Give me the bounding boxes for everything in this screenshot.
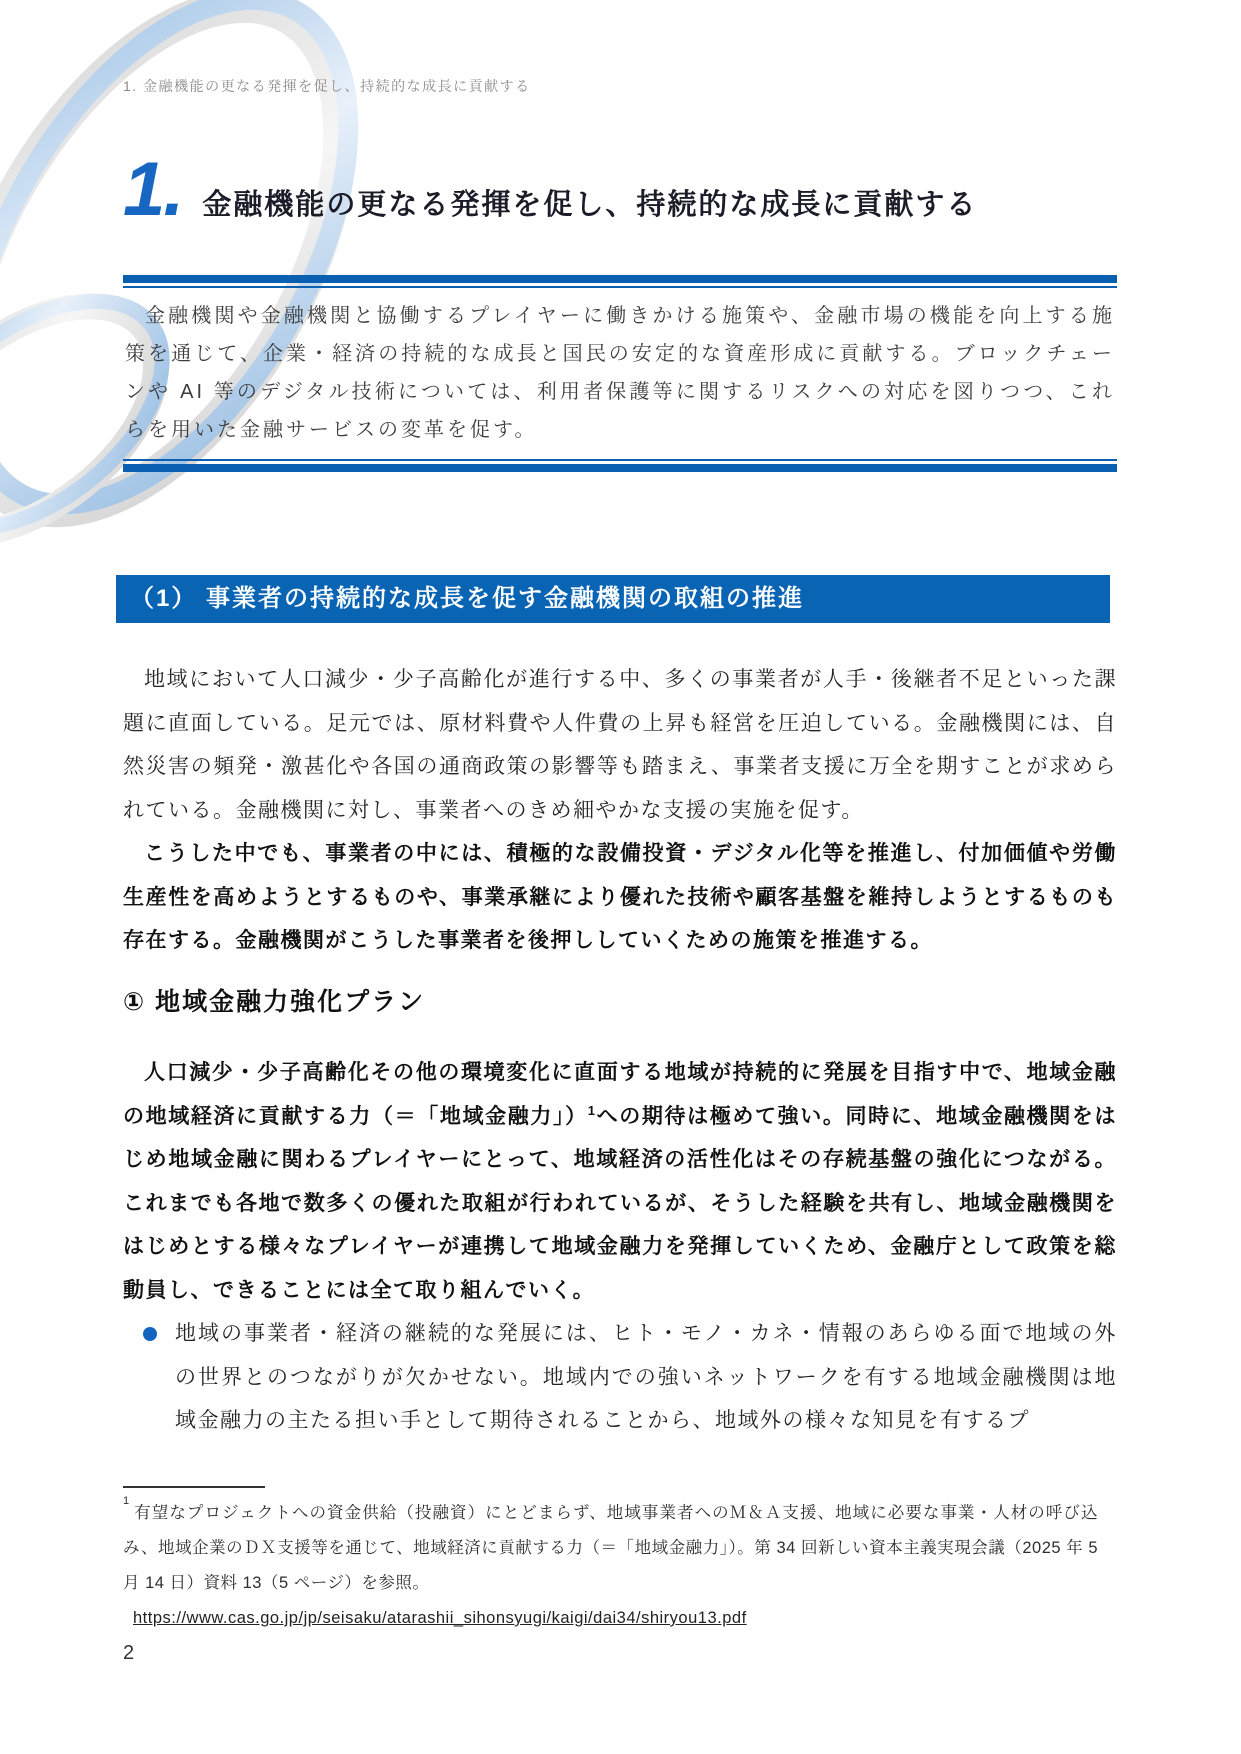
- footnote-link[interactable]: https://www.cas.go.jp/jp/seisaku/atarash…: [133, 1601, 747, 1636]
- summary-box: 金融機関や金融機関と協働するプレイヤーに働きかける施策や、金融市場の機能を向上す…: [123, 275, 1117, 472]
- bullet-item: 地域の事業者・経済の継続的な発展には、ヒト・モノ・カネ・情報のあらゆる面で地域の…: [123, 1312, 1117, 1443]
- section-body: 地域において人口減少・少子高齢化が進行する中、多くの事業者が人手・後継者不足とい…: [123, 658, 1117, 963]
- summary-top-rule-thick: [123, 275, 1117, 283]
- bullet-text: 地域の事業者・経済の継続的な発展には、ヒト・モノ・カネ・情報のあらゆる面で地域の…: [175, 1312, 1117, 1443]
- footnote-text: 有望なプロジェクトへの資金供給（投融資）にとどまらず、地域事業者へのＭ＆Ａ支援、…: [123, 1504, 1098, 1592]
- subsection-paragraph: 人口減少・少子高齢化その他の環境変化に直面する地域が持続的に発展を目指す中で、地…: [123, 1051, 1117, 1312]
- footnote: 1有望なプロジェクトへの資金供給（投融資）にとどまらず、地域事業者へのＭ＆Ａ支援…: [123, 1496, 1098, 1636]
- bullet-icon: [143, 1327, 157, 1341]
- chapter-heading: 1. 金融機能の更なる発揮を促し、持続的な成長に貢献する: [123, 150, 977, 230]
- chapter-number: 1.: [123, 150, 182, 230]
- footnote-separator: [123, 1486, 265, 1488]
- section-paragraph-1: 地域において人口減少・少子高齢化が進行する中、多くの事業者が人手・後継者不足とい…: [123, 658, 1117, 832]
- summary-text: 金融機関や金融機関と協働するプレイヤーに働きかける施策や、金融市場の機能を向上す…: [123, 288, 1117, 459]
- section-paragraph-2: こうした中でも、事業者の中には、積極的な設備投資・デジタル化等を推進し、付加価値…: [123, 832, 1117, 963]
- subsection-body: 人口減少・少子高齢化その他の環境変化に直面する地域が持続的に発展を目指す中で、地…: [123, 1051, 1117, 1312]
- chapter-title: 金融機能の更なる発揮を促し、持続的な成長に貢献する: [202, 182, 977, 223]
- summary-bottom-rule-thick: [123, 464, 1117, 472]
- page-number: 2: [123, 1642, 134, 1665]
- footnote-marker: 1: [123, 1495, 130, 1507]
- running-header: 1. 金融機能の更なる発揮を促し、持続的な成長に貢献する: [123, 76, 531, 96]
- subsection-paragraph-tail: への期待は極めて強い。同時に、地域金融機関をはじめ地域金融に関わるプレイヤーにと…: [123, 1105, 1117, 1302]
- subsection-heading: ① 地域金融力強化プラン: [123, 982, 425, 1018]
- section-heading-banner: （1） 事業者の持続的な成長を促す金融機関の取組の推進: [116, 575, 1110, 623]
